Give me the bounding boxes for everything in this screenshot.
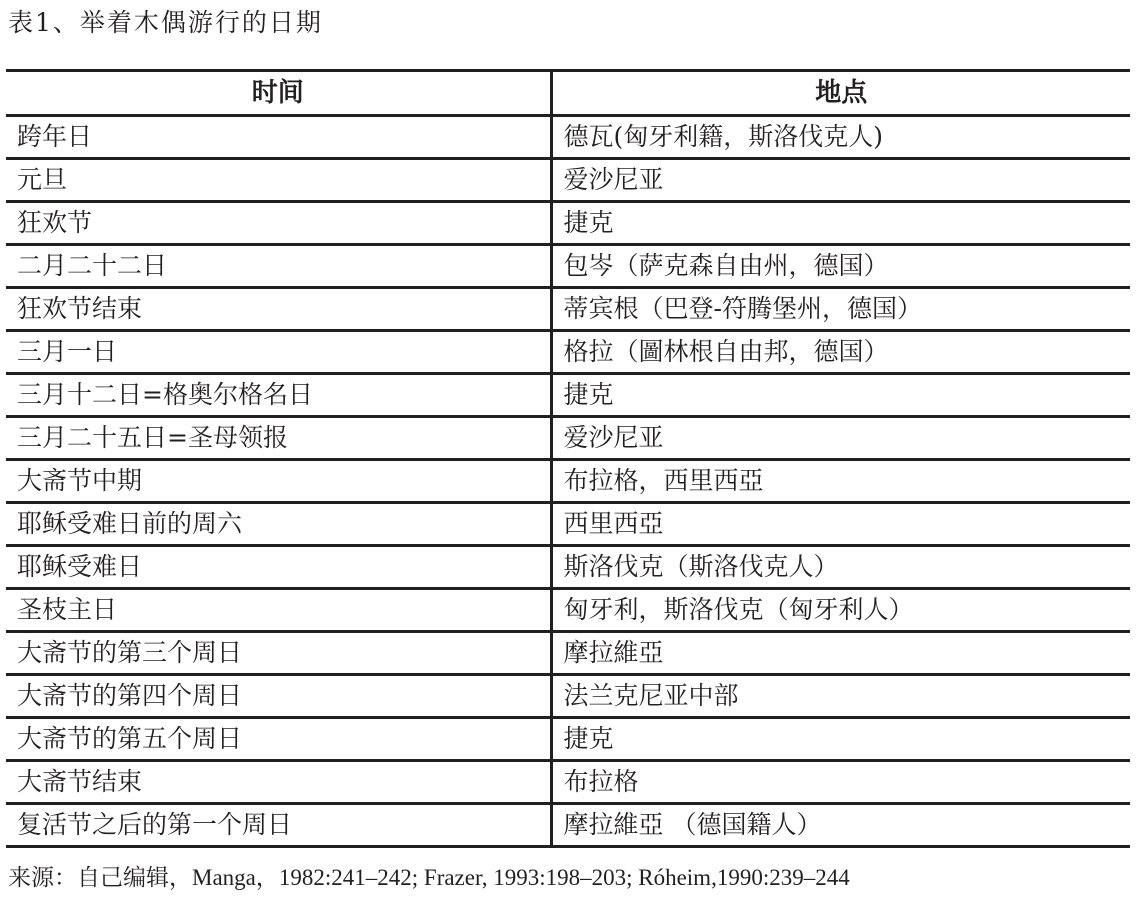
cell-time: 二月二十二日 — [6, 245, 551, 288]
table-row: 狂欢节结束 蒂宾根（巴登-符腾堡州，德国） — [6, 288, 1130, 331]
table-row: 狂欢节 捷克 — [6, 202, 1130, 245]
table-row: 大斋节结束 布拉格 — [6, 761, 1130, 804]
cell-time: 大斋节的第四个周日 — [6, 675, 551, 718]
table-row: 大斋节中期 布拉格，西里西亞 — [6, 460, 1130, 503]
cell-place: 匈牙利，斯洛伐克（匈牙利人） — [551, 589, 1130, 632]
cell-place: 捷克 — [551, 718, 1130, 761]
cell-place: 格拉（圖林根自由邦，德国） — [551, 331, 1130, 374]
table-row: 元旦 爱沙尼亚 — [6, 159, 1130, 202]
table-row: 三月二十五日=圣母领报 爱沙尼亚 — [6, 417, 1130, 460]
cell-time: 复活节之后的第一个周日 — [6, 804, 551, 847]
table-row: 三月一日 格拉（圖林根自由邦，德国） — [6, 331, 1130, 374]
parade-dates-table: 时间 地点 跨年日 德瓦(匈牙利籍，斯洛伐克人) 元旦 爱沙尼亚 狂欢节 捷克 … — [6, 69, 1130, 848]
table-row: 三月十二日=格奥尔格名日 捷克 — [6, 374, 1130, 417]
table-row: 大斋节的第四个周日 法兰克尼亚中部 — [6, 675, 1130, 718]
cell-place: 西里西亞 — [551, 503, 1130, 546]
table-caption: 表1、举着木偶游行的日期 — [8, 6, 323, 40]
cell-time: 狂欢节 — [6, 202, 551, 245]
cell-time: 大斋节的第五个周日 — [6, 718, 551, 761]
cell-place: 布拉格 — [551, 761, 1130, 804]
cell-time: 三月十二日=格奥尔格名日 — [6, 374, 551, 417]
cell-place: 包岑（萨克森自由州，德国） — [551, 245, 1130, 288]
cell-place: 摩拉維亞 — [551, 632, 1130, 675]
table-row: 大斋节的第五个周日 捷克 — [6, 718, 1130, 761]
cell-time: 耶稣受难日前的周六 — [6, 503, 551, 546]
cell-time: 大斋节的第三个周日 — [6, 632, 551, 675]
table-row: 复活节之后的第一个周日 摩拉維亞 （德国籍人） — [6, 804, 1130, 847]
cell-place: 爱沙尼亚 — [551, 159, 1130, 202]
column-header-place: 地点 — [551, 71, 1130, 116]
cell-time: 三月二十五日=圣母领报 — [6, 417, 551, 460]
source-note: 来源：自己编辑，Manga，1982:241–242; Frazer, 1993… — [8, 860, 850, 896]
cell-place: 捷克 — [551, 374, 1130, 417]
cell-time: 狂欢节结束 — [6, 288, 551, 331]
cell-time: 跨年日 — [6, 116, 551, 159]
cell-time: 大斋节中期 — [6, 460, 551, 503]
cell-place: 德瓦(匈牙利籍，斯洛伐克人) — [551, 116, 1130, 159]
table-row: 耶稣受难日 斯洛伐克（斯洛伐克人） — [6, 546, 1130, 589]
table-header-row: 时间 地点 — [6, 71, 1130, 116]
cell-time: 大斋节结束 — [6, 761, 551, 804]
column-header-time: 时间 — [6, 71, 551, 116]
table-row: 二月二十二日 包岑（萨克森自由州，德国） — [6, 245, 1130, 288]
cell-place: 布拉格，西里西亞 — [551, 460, 1130, 503]
cell-place: 摩拉維亞 （德国籍人） — [551, 804, 1130, 847]
cell-time: 圣枝主日 — [6, 589, 551, 632]
cell-time: 元旦 — [6, 159, 551, 202]
cell-place: 捷克 — [551, 202, 1130, 245]
cell-time: 三月一日 — [6, 331, 551, 374]
cell-place: 蒂宾根（巴登-符腾堡州，德国） — [551, 288, 1130, 331]
table-row: 大斋节的第三个周日 摩拉維亞 — [6, 632, 1130, 675]
cell-time: 耶稣受难日 — [6, 546, 551, 589]
cell-place: 斯洛伐克（斯洛伐克人） — [551, 546, 1130, 589]
cell-place: 法兰克尼亚中部 — [551, 675, 1130, 718]
cell-place: 爱沙尼亚 — [551, 417, 1130, 460]
table-row: 圣枝主日 匈牙利，斯洛伐克（匈牙利人） — [6, 589, 1130, 632]
table-row: 耶稣受难日前的周六 西里西亞 — [6, 503, 1130, 546]
table-row: 跨年日 德瓦(匈牙利籍，斯洛伐克人) — [6, 116, 1130, 159]
